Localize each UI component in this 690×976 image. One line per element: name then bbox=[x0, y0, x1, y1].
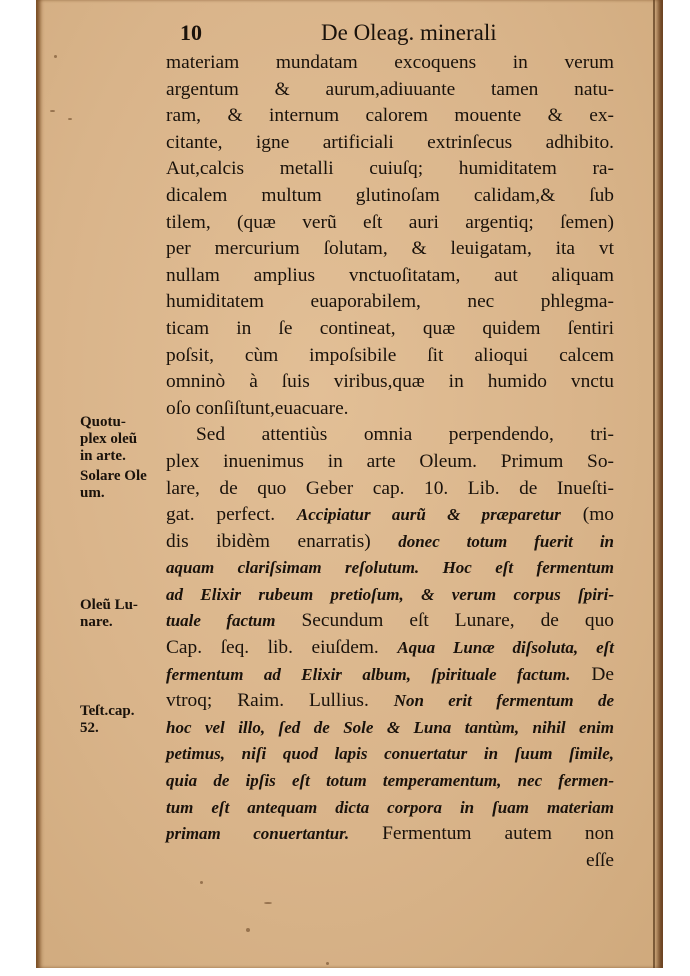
paper-speck bbox=[326, 962, 329, 965]
text-line: per mercurium ſolutam, & leuigatam, ita … bbox=[166, 236, 614, 263]
text-line: citante, igne artificiali extrinſecus ad… bbox=[166, 130, 614, 157]
text-line: eſſe bbox=[166, 848, 614, 875]
text-line: aquam clariſsimam reſolutum. Hoc eſt fer… bbox=[166, 555, 614, 582]
text-segment: gat. perfect. bbox=[166, 504, 297, 525]
page-header: 10 De Oleag. minerali bbox=[36, 20, 663, 50]
text-segment: Secundum eſt Lunare, de quo bbox=[275, 610, 614, 631]
paper-speck bbox=[68, 118, 72, 120]
text-line: poſsit, cùm impoſsibile ſit alioqui calc… bbox=[166, 343, 614, 370]
margin-note: Teſt.cap. 52. bbox=[80, 703, 134, 737]
text-line: primam conuertantur. Fermentum autem non bbox=[166, 821, 614, 848]
text-segment: citante, igne artificiali extrinſecus ad… bbox=[166, 132, 614, 153]
text-line: Aut,calcis metalli cuiuſq; humiditatem r… bbox=[166, 156, 614, 183]
text-line: Cap. ſeq. lib. eiuſdem. Aqua Lunæ diſsol… bbox=[166, 635, 614, 662]
text-line: ram, & internum calorem mouente & ex- bbox=[166, 103, 614, 130]
text-segment: ram, & internum calorem mouente & ex- bbox=[166, 105, 614, 126]
margin-note-line: um. bbox=[80, 485, 147, 502]
margin-note: Quotu-plex oleũin arte. bbox=[80, 414, 137, 465]
italic-quotation: tum eſt antequam dicta corpora in ſuam m… bbox=[166, 798, 614, 817]
text-line: fermentum ad Elixir album, ſpirituale fa… bbox=[166, 662, 614, 689]
text-segment: ticam in ſe contineat, quæ quidem ſentir… bbox=[166, 318, 614, 339]
text-segment: dis ibidèm enarratis) bbox=[166, 531, 398, 552]
italic-quotation: ad Elixir rubeum pretioſum, & verum corp… bbox=[166, 585, 614, 604]
text-segment: De bbox=[570, 664, 614, 685]
text-line: vtroq; Raim. Lullius. Non erit fermentum… bbox=[166, 688, 614, 715]
paper-speck bbox=[200, 881, 203, 884]
italic-quotation: fermentum ad Elixir album, ſpirituale fa… bbox=[166, 665, 570, 684]
text-line: humiditatem euaporabilem, nec phlegma- bbox=[166, 289, 614, 316]
italic-quotation: primam conuertantur. bbox=[166, 824, 349, 843]
italic-quotation: donec totum fuerit in bbox=[398, 532, 614, 551]
margin-note: Solare Oleum. bbox=[80, 468, 147, 502]
margin-note-line: Quotu- bbox=[80, 414, 137, 431]
margin-note-line: Oleũ Lu- bbox=[80, 597, 138, 614]
paper-speck bbox=[246, 928, 250, 932]
margin-note-line: plex oleũ bbox=[80, 431, 137, 448]
text-segment: humiditatem euaporabilem, nec phlegma- bbox=[166, 291, 614, 312]
text-segment: Fermentum autem non bbox=[349, 823, 614, 844]
margin-note-line: in arte. bbox=[80, 448, 137, 465]
italic-quotation: hoc vel illo, ſed de Sole & Luna tantùm,… bbox=[166, 718, 614, 737]
text-line: gat. perfect. Accipiatur aurũ & præparet… bbox=[166, 502, 614, 529]
text-line: materiam mundatam excoquens in verum bbox=[166, 50, 614, 77]
text-line: petimus, niſi quod lapis conuertatur in … bbox=[166, 741, 614, 768]
text-segment: plex inuenimus in arte Oleum. Primum So- bbox=[166, 451, 614, 472]
text-line: dis ibidèm enarratis) donec totum fuerit… bbox=[166, 529, 614, 556]
italic-quotation: petimus, niſi quod lapis conuertatur in … bbox=[166, 744, 614, 763]
text-segment: dicalem multum glutinoſam calidam,& ſub bbox=[166, 185, 614, 206]
text-line: Sed attentiùs omnia perpendendo, tri- bbox=[166, 422, 614, 449]
text-line: oſo conſiſtunt,euacuare. bbox=[166, 396, 614, 423]
text-line: tuale factum Secundum eſt Lunare, de quo bbox=[166, 608, 614, 635]
text-segment: per mercurium ſolutam, & leuigatam, ita … bbox=[166, 238, 614, 259]
italic-quotation: tuale factum bbox=[166, 611, 275, 630]
margin-note-line: Teſt.cap. bbox=[80, 703, 134, 720]
body-text: materiam mundatam excoquens in verumarge… bbox=[166, 50, 614, 874]
text-line: tilem, (quæ verũ eſt auri argentiq; ſeme… bbox=[166, 210, 614, 237]
italic-quotation: Aqua Lunæ diſsoluta, eſt bbox=[397, 638, 614, 657]
text-line: ad Elixir rubeum pretioſum, & verum corp… bbox=[166, 582, 614, 609]
text-segment: oſo conſiſtunt,euacuare. bbox=[166, 398, 349, 419]
paper-speck bbox=[50, 110, 55, 112]
text-line: hoc vel illo, ſed de Sole & Luna tantùm,… bbox=[166, 715, 614, 742]
text-line: tum eſt antequam dicta corpora in ſuam m… bbox=[166, 795, 614, 822]
italic-quotation: quia de ipſis eſt totum temperamentum, n… bbox=[166, 771, 614, 790]
text-segment: Sed attentiùs omnia perpendendo, tri- bbox=[196, 424, 614, 445]
running-title: De Oleag. minerali bbox=[321, 20, 497, 46]
text-line: dicalem multum glutinoſam calidam,& ſub bbox=[166, 183, 614, 210]
text-segment: lare, de quo Geber cap. 10. Lib. de Inue… bbox=[166, 478, 614, 499]
text-segment: materiam mundatam excoquens in verum bbox=[166, 52, 614, 73]
text-segment: eſſe bbox=[586, 850, 614, 871]
text-segment: (mo bbox=[561, 504, 614, 525]
margin-note-line: Solare Ole bbox=[80, 468, 147, 485]
italic-quotation: aquam clariſsimam reſolutum. Hoc eſt fer… bbox=[166, 558, 614, 577]
margin-note-line: 52. bbox=[80, 720, 134, 737]
paper-speck bbox=[54, 55, 57, 58]
text-line: lare, de quo Geber cap. 10. Lib. de Inue… bbox=[166, 476, 614, 503]
italic-quotation: Non erit fermentum de bbox=[394, 691, 614, 710]
text-segment: Aut,calcis metalli cuiuſq; humiditatem r… bbox=[166, 158, 614, 179]
italic-quotation: Accipiatur aurũ & præparetur bbox=[297, 505, 561, 524]
text-line: nullam amplius vnctuoſitatam, aut aliqua… bbox=[166, 263, 614, 290]
margin-note: Oleũ Lu-nare. bbox=[80, 597, 138, 631]
text-line: omninò à ſuis viribus,quæ in humido vnct… bbox=[166, 369, 614, 396]
margin-note-line: nare. bbox=[80, 614, 138, 631]
text-segment: poſsit, cùm impoſsibile ſit alioqui calc… bbox=[166, 345, 614, 366]
text-segment: tilem, (quæ verũ eſt auri argentiq; ſeme… bbox=[166, 212, 614, 233]
text-segment: argentum & aurum,adiuuante tamen natu- bbox=[166, 79, 614, 100]
text-segment: Cap. ſeq. lib. eiuſdem. bbox=[166, 637, 397, 658]
text-segment: vtroq; Raim. Lullius. bbox=[166, 690, 394, 711]
text-line: plex inuenimus in arte Oleum. Primum So- bbox=[166, 449, 614, 476]
text-segment: nullam amplius vnctuoſitatam, aut aliqua… bbox=[166, 265, 614, 286]
page-number: 10 bbox=[180, 20, 202, 46]
text-segment: omninò à ſuis viribus,quæ in humido vnct… bbox=[166, 371, 614, 392]
text-line: quia de ipſis eſt totum temperamentum, n… bbox=[166, 768, 614, 795]
text-line: argentum & aurum,adiuuante tamen natu- bbox=[166, 77, 614, 104]
paper-speck bbox=[264, 902, 272, 904]
text-line: ticam in ſe contineat, quæ quidem ſentir… bbox=[166, 316, 614, 343]
